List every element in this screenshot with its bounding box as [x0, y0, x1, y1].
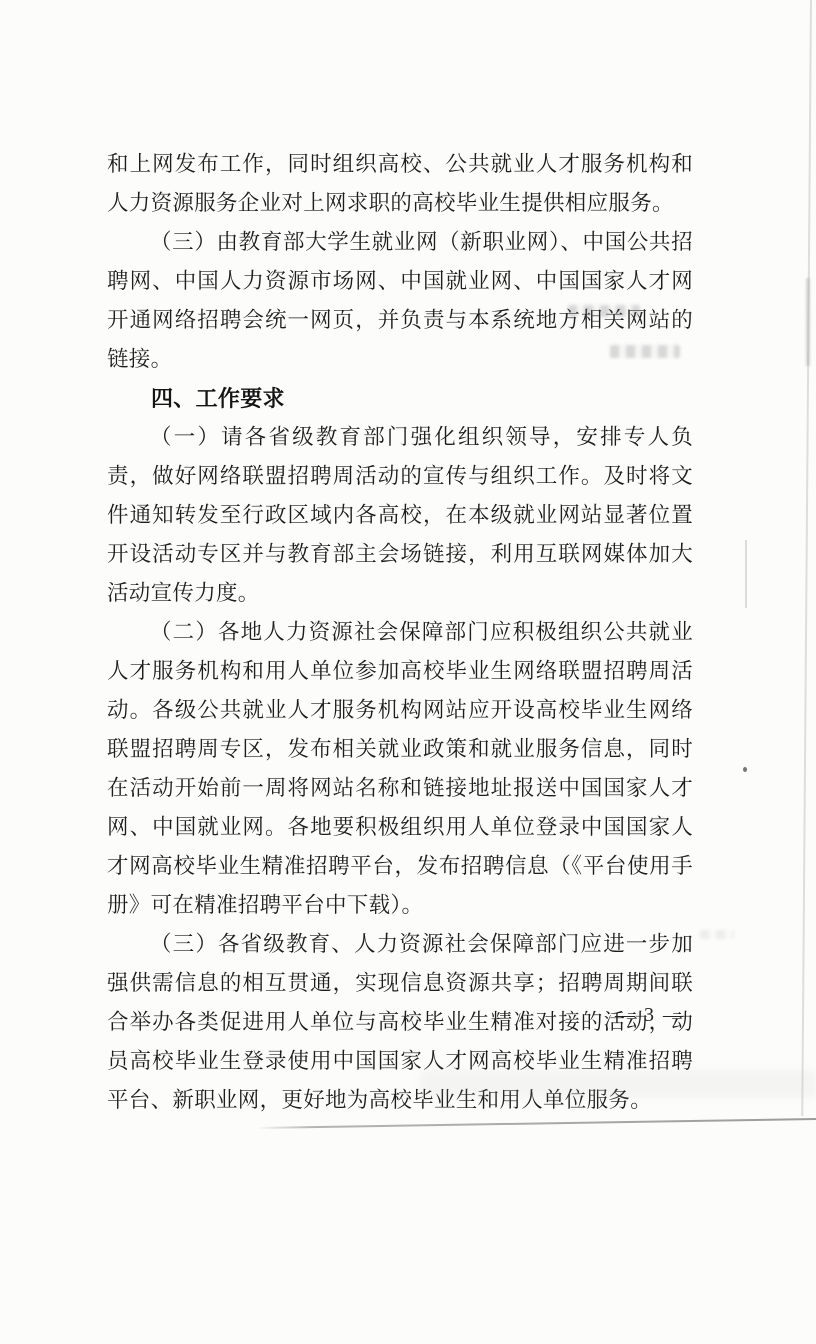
scan-inkbleed-smudge — [700, 930, 734, 939]
page-number: — 3 — — [0, 1002, 816, 1028]
body-paragraph-item-3: （三）由教育部大学生就业网（新职业网）、中国公共招聘网、中国人力资源市场网、中国… — [107, 223, 693, 379]
document-body: 和上网发布工作，同时组织高校、公共就业人才服务机构和人力资源服务企业对上网求职的… — [107, 145, 693, 1120]
scanned-document-page: 和上网发布工作，同时组织高校、公共就业人才服务机构和人力资源服务企业对上网求职的… — [0, 0, 816, 1344]
scan-speck — [743, 767, 747, 772]
scan-crease-line — [745, 540, 747, 608]
section-heading: 四、工作要求 — [107, 379, 693, 418]
scan-inkbleed-smudge — [610, 345, 680, 358]
scan-shadow-band — [420, 1070, 816, 1098]
scan-fold-line — [801, 0, 812, 1116]
body-paragraph-item-1: （一）请各省级教育部门强化组织领导，安排专人负责，做好网络联盟招聘周活动的宣传与… — [107, 418, 693, 613]
scan-inkbleed-smudge — [568, 305, 640, 317]
scan-fold-line-dark-segment — [806, 278, 810, 366]
body-paragraph-continuation: 和上网发布工作，同时组织高校、公共就业人才服务机构和人力资源服务企业对上网求职的… — [107, 145, 693, 223]
body-paragraph-item-2: （二）各地人力资源社会保障部门应积极组织公共就业人才服务机构和用人单位参加高校毕… — [107, 613, 693, 925]
